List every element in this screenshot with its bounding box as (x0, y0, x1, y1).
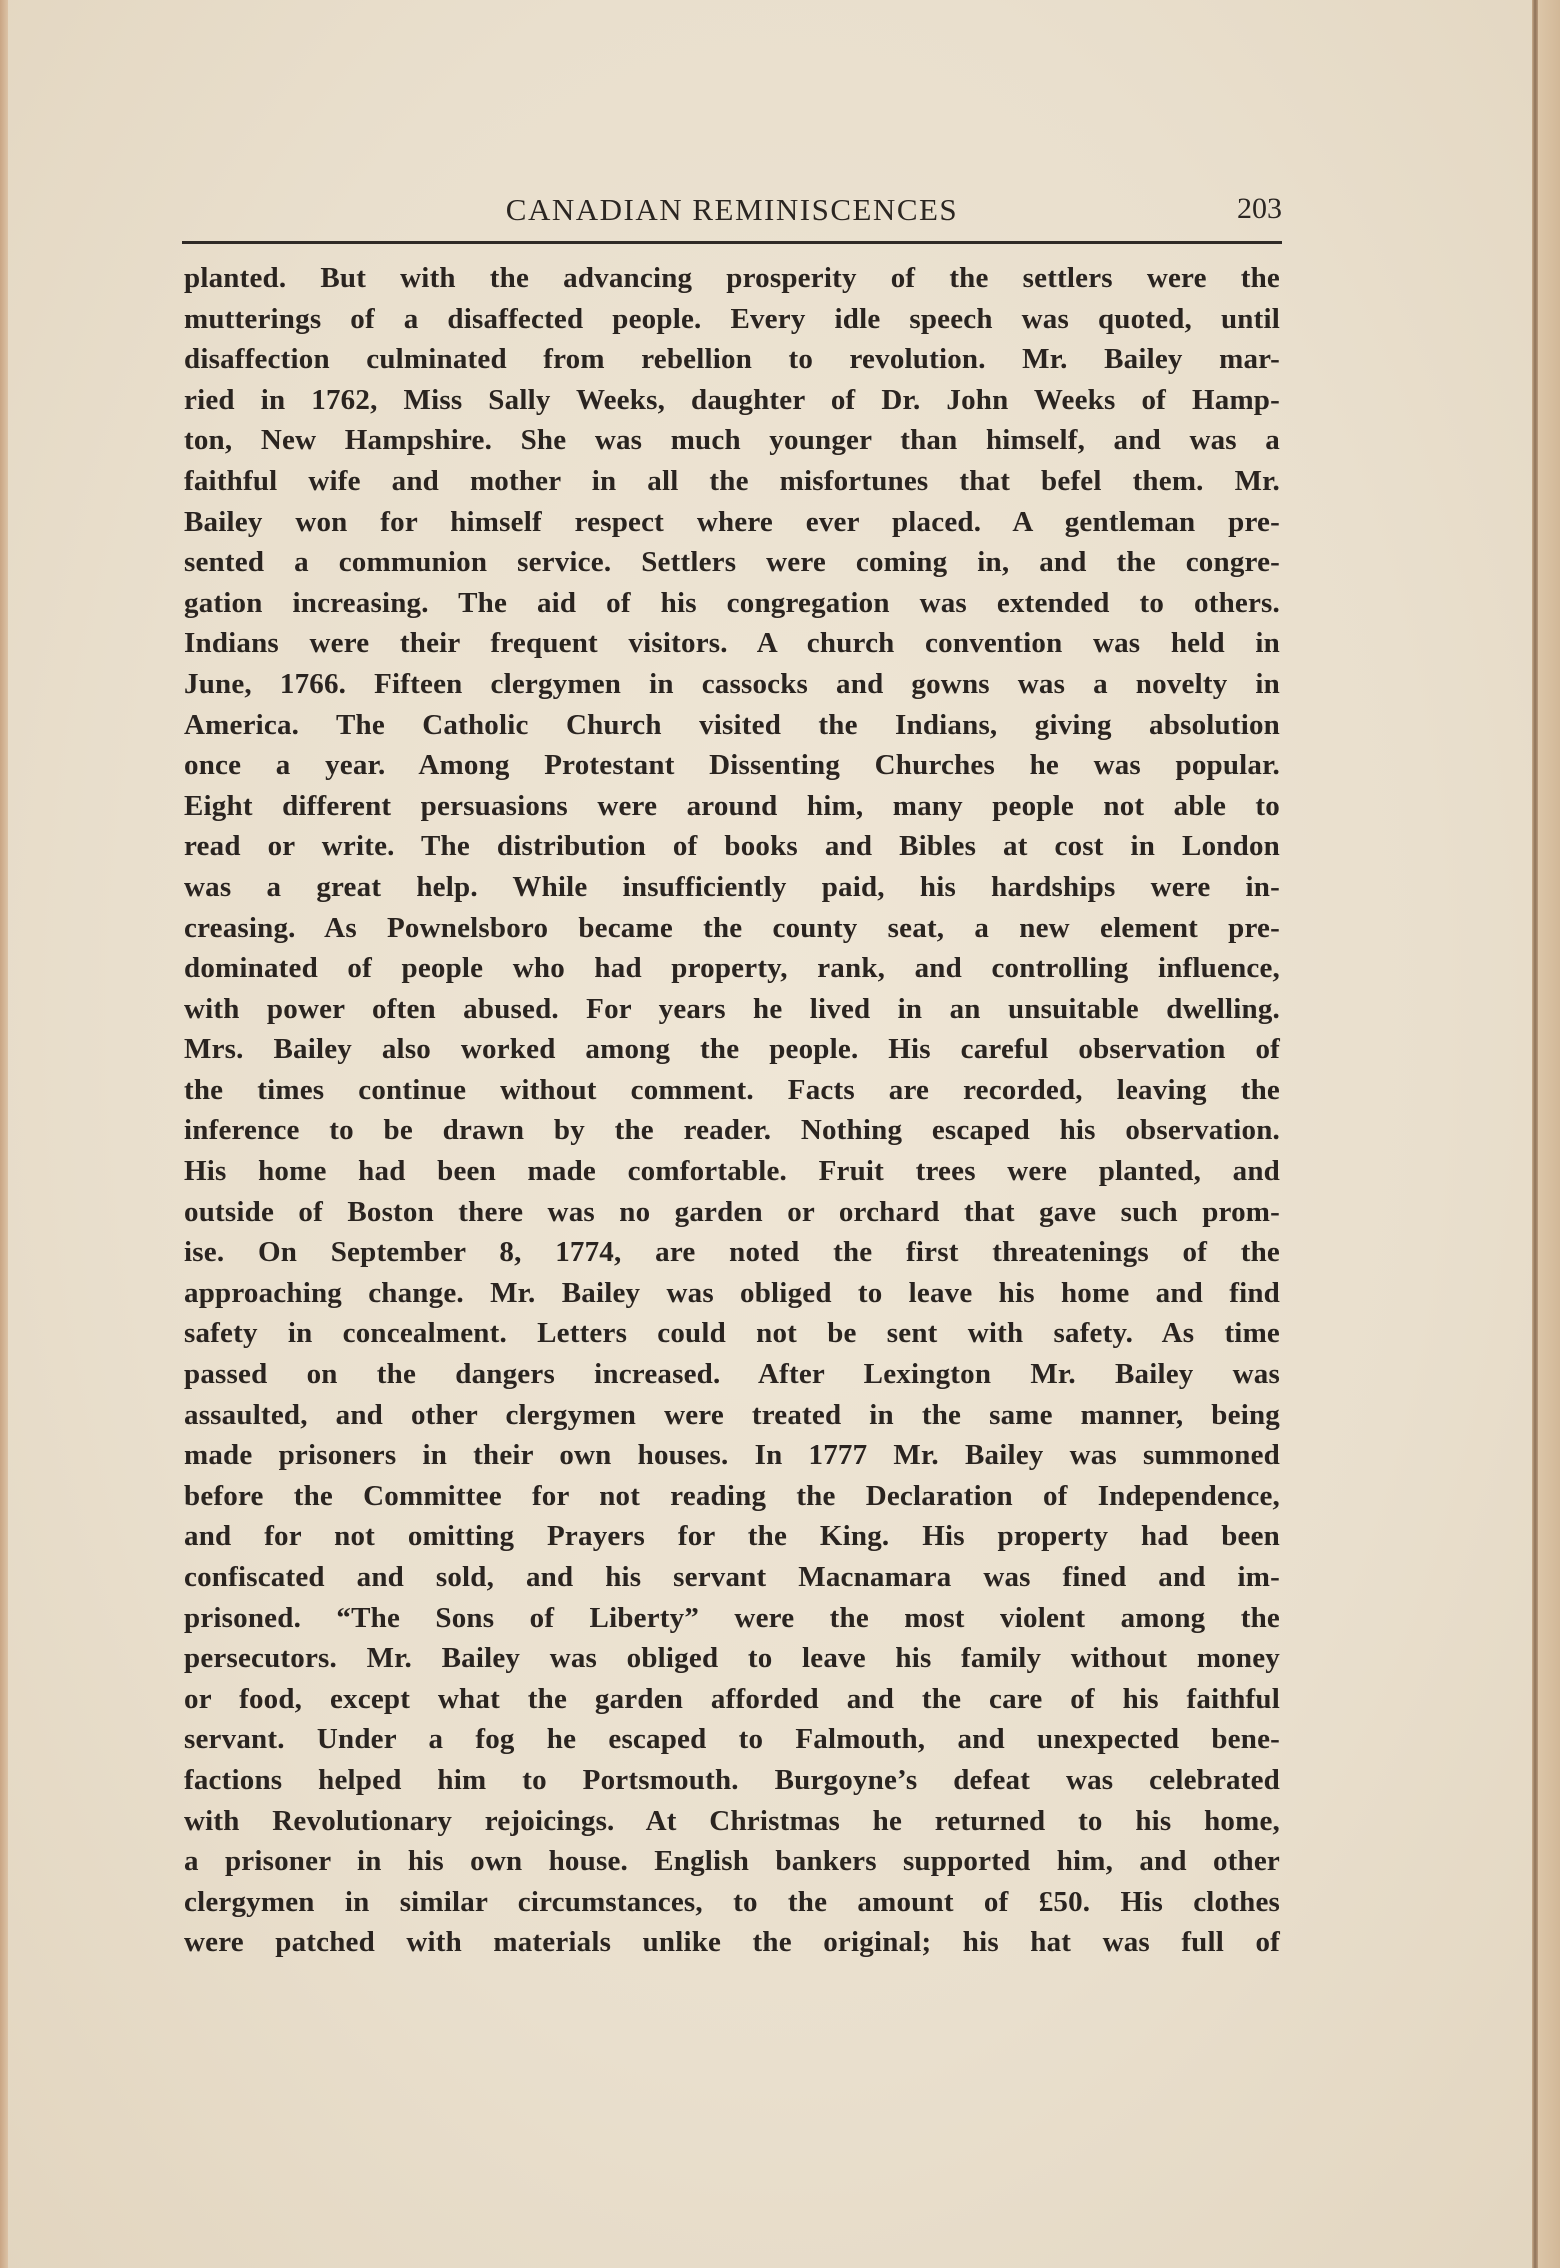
text-line: factions helped him to Portsmouth. Burgo… (184, 1760, 1280, 1801)
text-line: ried in 1762, Miss Sally Weeks, daughter… (184, 380, 1280, 421)
text-line: persecutors. Mr. Bailey was obliged to l… (184, 1638, 1280, 1679)
text-line: approaching change. Mr. Bailey was oblig… (184, 1273, 1280, 1314)
text-line: June, 1766. Fifteen clergymen in cassock… (184, 664, 1280, 705)
text-line: His home had been made comfortable. Frui… (184, 1151, 1280, 1192)
book-page: CANADIAN REMINISCENCES 203 planted. But … (0, 0, 1560, 2268)
text-line: Eight different persuasions were around … (184, 786, 1280, 827)
text-line: safety in concealment. Letters could not… (184, 1313, 1280, 1354)
text-line: with power often abused. For years he li… (184, 989, 1280, 1030)
text-line: creasing. As Pownelsboro became the coun… (184, 908, 1280, 949)
adjacent-page-edge (1538, 0, 1560, 2268)
text-line: and for not omitting Prayers for the Kin… (184, 1516, 1280, 1557)
header-rule (182, 241, 1282, 244)
text-line: once a year. Among Protestant Dissenting… (184, 745, 1280, 786)
page-left-edge (0, 0, 8, 2268)
text-line: America. The Catholic Church visited the… (184, 705, 1280, 746)
page-number: 203 (1237, 192, 1282, 226)
text-line: inference to be drawn by the reader. Not… (184, 1110, 1280, 1151)
text-line: servant. Under a fog he escaped to Falmo… (184, 1719, 1280, 1760)
text-line: mutterings of a disaffected people. Ever… (184, 299, 1280, 340)
text-line: Indians were their frequent visitors. A … (184, 623, 1280, 664)
text-line: gation increasing. The aid of his congre… (184, 583, 1280, 624)
text-line: ton, New Hampshire. She was much younger… (184, 420, 1280, 461)
text-line: was a great help. While insufficiently p… (184, 867, 1280, 908)
text-line: made prisoners in their own houses. In 1… (184, 1435, 1280, 1476)
text-line: a prisoner in his own house. English ban… (184, 1841, 1280, 1882)
text-line: confiscated and sold, and his servant Ma… (184, 1557, 1280, 1598)
running-header: CANADIAN REMINISCENCES 203 (182, 190, 1282, 236)
text-line: prisoned. “The Sons of Liberty” were the… (184, 1598, 1280, 1639)
text-line: passed on the dangers increased. After L… (184, 1354, 1280, 1395)
text-line: clergymen in similar circumstances, to t… (184, 1882, 1280, 1923)
text-line: before the Committee for not reading the… (184, 1476, 1280, 1517)
running-head-title: CANADIAN REMINISCENCES (182, 192, 1282, 228)
text-line: planted. But with the advancing prosperi… (184, 258, 1280, 299)
text-line: dominated of people who had property, ra… (184, 948, 1280, 989)
text-line: sented a communion service. Settlers wer… (184, 542, 1280, 583)
text-line: were patched with materials unlike the o… (184, 1922, 1280, 1963)
text-line: ise. On September 8, 1774, are noted the… (184, 1232, 1280, 1273)
text-line: assaulted, and other clergymen were trea… (184, 1395, 1280, 1436)
text-line: Mrs. Bailey also worked among the people… (184, 1029, 1280, 1070)
text-line: or food, except what the garden afforded… (184, 1679, 1280, 1720)
text-line: read or write. The distribution of books… (184, 826, 1280, 867)
text-line: outside of Boston there was no garden or… (184, 1192, 1280, 1233)
text-line: disaffection culminated from rebellion t… (184, 339, 1280, 380)
body-text: planted. But with the advancing prosperi… (184, 258, 1280, 1963)
text-line: with Revolutionary rejoicings. At Christ… (184, 1801, 1280, 1842)
text-line: Bailey won for himself respect where eve… (184, 502, 1280, 543)
text-line: faithful wife and mother in all the misf… (184, 461, 1280, 502)
text-line: the times continue without comment. Fact… (184, 1070, 1280, 1111)
